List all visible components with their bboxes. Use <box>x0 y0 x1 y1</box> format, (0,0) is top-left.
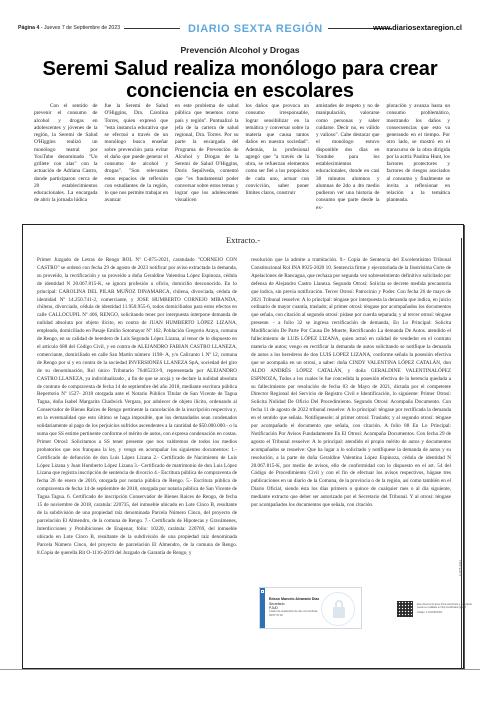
article-paragraph: Con el sentido de prevenir el consumo de… <box>34 103 98 205</box>
article-column: amistades de respeto y no de manipulació… <box>316 103 380 212</box>
signature-date: Cuatro de septiembre de dos mil veintitr… <box>269 610 329 616</box>
article-paragraph: fue la Seremi de Salud O'Higgins, Dra. C… <box>105 103 169 205</box>
website-link[interactable]: www.diariosextaregion.cl <box>373 23 462 32</box>
article-kicker: Prevención Alcohol y Drogas <box>0 45 480 55</box>
article-column: en este problema de salud pública que te… <box>175 103 239 212</box>
qr-code-icon[interactable] <box>397 601 413 617</box>
newspaper-brand: DIARIO SEXTA REGIÓN <box>188 23 323 35</box>
article-column: ploración y avanza hasta un consumo prob… <box>387 103 451 212</box>
issue-date: - Jueves 7 de Septiembre de 2023 <box>39 25 120 31</box>
notice-column-right: resolución que la admite a tramitación. … <box>251 257 451 557</box>
notice-column-left: Primer Juzgado de Letras de Rengo ROL Nº… <box>37 257 237 557</box>
electronic-signature-box: Edson Marcelo Alvarado Diaz Secretario P… <box>259 587 362 629</box>
lock-body <box>333 607 345 618</box>
article-column: los daños que provoca un consumo irrespo… <box>246 103 310 212</box>
page-info: Página 4 - Jueves 7 de Septiembre de 202… <box>18 25 120 31</box>
article-body: Con el sentido de prevenir el consumo de… <box>34 103 450 212</box>
side-code: C-875-2021 <box>458 560 464 576</box>
legal-notice-box: Extracto.- Primer Juzgado de Letras de R… <box>22 224 464 669</box>
masthead: Página 4 - Jueves 7 de Septiembre de 202… <box>18 22 462 36</box>
side-rule <box>461 238 462 670</box>
notice-body: Primer Juzgado de Letras de Rengo ROL Nº… <box>37 257 451 557</box>
article-paragraph: en este problema de salud pública que te… <box>175 103 239 205</box>
article-paragraph: amistades de respeto y no de manipulació… <box>316 103 380 212</box>
notice-column-right-text: resolución que la admite a tramitación. … <box>251 257 451 510</box>
article-column: fue la Seremi de Salud O'Higgins, Dra. C… <box>105 103 169 212</box>
article-headline: Seremi Salud realiza monólogo para crear… <box>0 58 480 102</box>
signature-badge-icon <box>261 590 264 593</box>
page-number: Página 4 <box>18 25 39 31</box>
article-column: Con el sentido de prevenir el consumo de… <box>34 103 98 212</box>
verification-code: Código: 1-GOCWCFDA <box>417 611 475 614</box>
signature-bar <box>260 588 265 628</box>
notice-title: Extracto.- <box>23 235 463 245</box>
article-paragraph: los daños que provoca un consumo irrespo… <box>246 103 310 197</box>
bottom-rule <box>0 669 480 670</box>
masthead-rule-left <box>124 28 180 29</box>
verification-text: Este documento tiene firma electrónica y… <box>417 603 475 609</box>
article-paragraph: ploración y avanza hasta un consumo prob… <box>387 103 451 205</box>
verification-info: Este documento tiene firma electrónica y… <box>417 603 475 614</box>
signature-details: Edson Marcelo Alvarado Diaz Secretario P… <box>269 597 329 617</box>
